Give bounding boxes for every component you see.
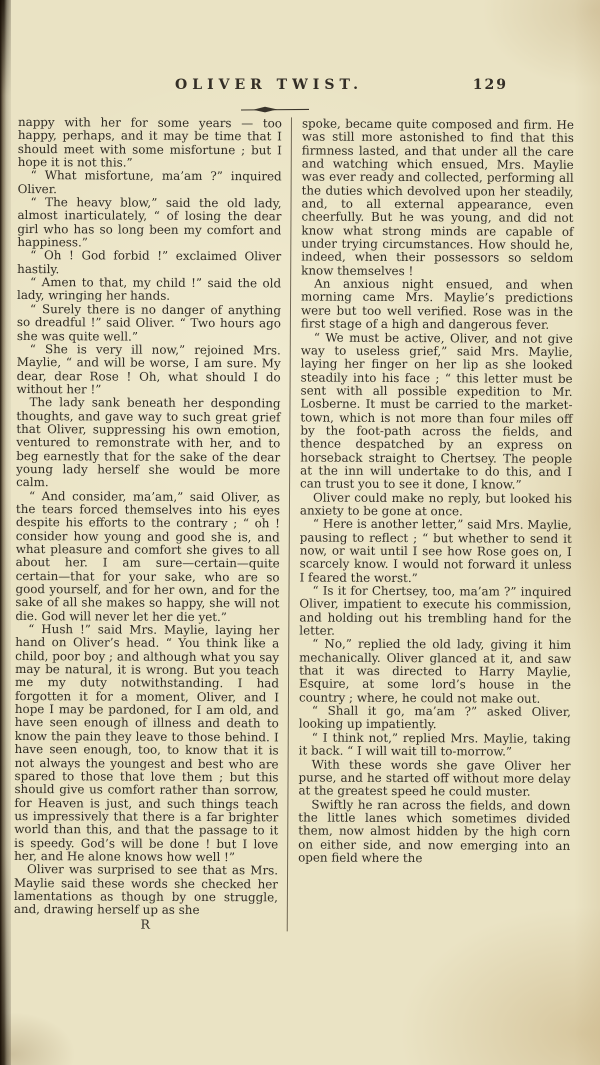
page-number: 129 (473, 77, 508, 93)
paragraph: Oliver was surprised to see that as Mrs.… (14, 863, 278, 918)
page-gutter-shadow (0, 0, 11, 1065)
paragraph: “ The heavy blow,” said the old lady, al… (17, 196, 281, 251)
paragraph: With these words she gave Oliver her pur… (298, 758, 570, 799)
paragraph: “ Hush !” said Mrs. Maylie, laying her h… (14, 623, 279, 865)
paragraph: “ We must be active, Oliver, and not giv… (300, 331, 573, 493)
paragraph: “ Shall it go, ma’am ?” asked Oliver, lo… (299, 705, 571, 733)
paragraph: “ Surely there is no danger of anything … (17, 303, 281, 344)
paragraph: “ Is it for Chertsey, too, ma’am ?” inqu… (299, 585, 571, 640)
left-column: nappy with her for some years — too happ… (14, 116, 291, 931)
paragraph: The lady sank beneath her desponding tho… (16, 396, 280, 491)
swelled-rule-icon (240, 105, 310, 114)
paragraph: Oliver could make no reply, but looked h… (300, 491, 572, 519)
right-column-text: spoke, became quite composed and firm. H… (298, 117, 574, 866)
paragraph: “ Amen to that, my child !” said the old… (17, 276, 281, 304)
running-title: OLIVER TWIST. (0, 77, 538, 93)
paragraph: Swiftly he ran across the fields, and do… (298, 798, 570, 866)
left-column-text: nappy with her for some years — too happ… (14, 116, 282, 918)
paragraph: “ What misfortune, ma’am ?” inquired Oli… (18, 169, 282, 197)
right-column: spoke, became quite composed and firm. H… (288, 117, 574, 932)
paragraph: “ Oh ! God forbid !” exclaimed Oliver ha… (17, 249, 281, 277)
text-columns: nappy with her for some years — too happ… (14, 116, 574, 933)
paragraph: “ And consider, ma’am,” said Oliver, as … (15, 490, 280, 625)
page-header: OLIVER TWIST. 129 (0, 77, 600, 97)
paragraph: spoke, became quite composed and firm. H… (301, 117, 574, 279)
book-page: OLIVER TWIST. 129 nappy with her for som… (0, 0, 600, 1065)
paragraph: nappy with her for some years — too happ… (18, 116, 282, 171)
signature-mark: R (14, 917, 278, 932)
paragraph: An anxious night ensued, and when mornin… (301, 278, 573, 333)
paragraph: “ No,” replied the old lady, giving it h… (299, 638, 571, 706)
paragraph: “ I think not,” replied Mrs. Maylie, tak… (299, 731, 571, 759)
paragraph: “ Here is another letter,” said Mrs. May… (300, 518, 572, 586)
paragraph: “ She is very ill now,” rejoined Mrs. Ma… (17, 343, 281, 398)
